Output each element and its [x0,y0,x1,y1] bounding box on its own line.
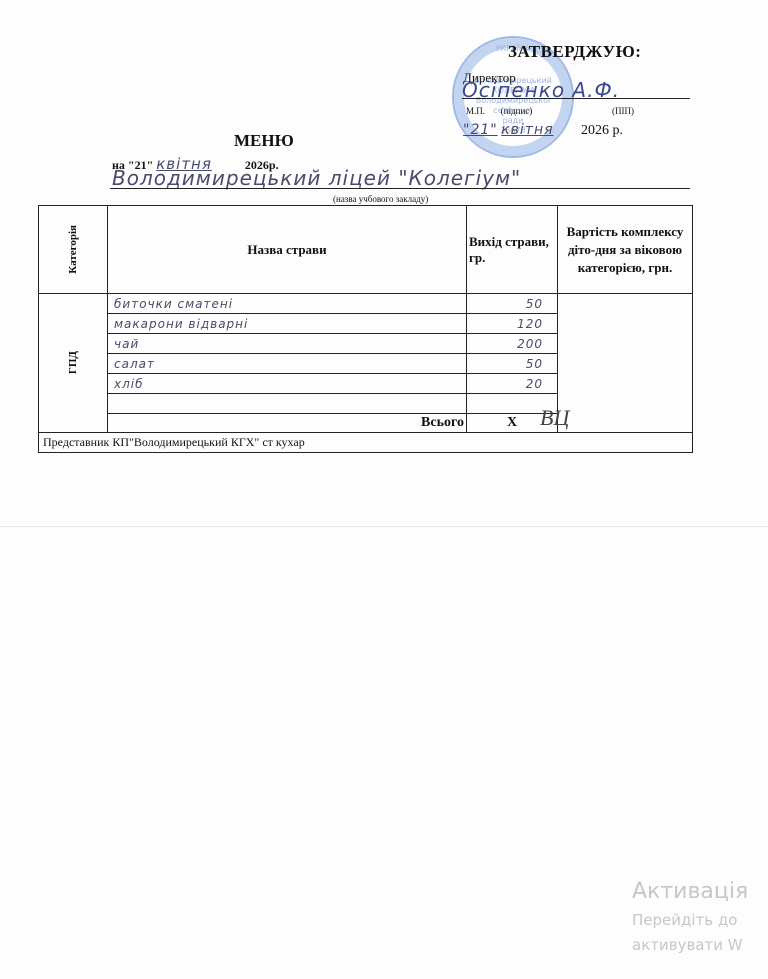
yield-cell: 20 [467,374,558,394]
dish-cell: салат [108,354,467,374]
category-cell: ГПД [39,294,108,433]
approval-month: квітня [501,122,577,138]
school-name: Володимирецький ліцей "Колегіум" [112,166,521,190]
dish-cell: макарони відварні [108,314,467,334]
activation-watermark-line: Перейдіть до [632,911,737,929]
approval-day: "21" [463,122,498,138]
approval-year-suffix: р. [613,123,624,138]
yield-cell: 50 [467,354,558,374]
header-category: Категорія [39,206,108,294]
header-cost: Вартість комплексу діто-дня за віковою к… [558,206,693,294]
header-dish-name: Назва страви [108,206,467,294]
page-fold-line [0,526,768,527]
table-header-row: Категорія Назва страви Вихід страви, гр.… [39,206,693,294]
dish-cell [108,394,467,414]
table-row: ГПД биточки сматені 50 [39,294,693,314]
menu-title: МЕНЮ [234,131,294,151]
mp-text: М.П. [466,106,485,116]
signature-line [462,98,690,99]
sign-caption: (підпис) [501,106,533,116]
activation-watermark-title: Активація [632,879,748,904]
header-category-text: Категорія [67,225,79,274]
cost-cell [558,294,693,433]
dish-cell: чай [108,334,467,354]
header-yield: Вихід страви, гр. [467,206,558,294]
dish-cell: биточки сматені [108,294,467,314]
approval-year: 2026 [581,123,609,138]
cook-signature: ВЦ [540,405,569,431]
category-text: ГПД [67,351,79,374]
menu-table: Категорія Назва страви Вихід страви, гр.… [38,205,693,453]
approval-title: ЗАТВЕРДЖУЮ: [508,42,641,62]
school-underline [110,188,690,189]
approval-date: "21" квітня 2026 р. [463,122,623,139]
yield-cell: 200 [467,334,558,354]
mp-label: М.П. (підпис) [466,106,532,116]
activation-watermark-line: активувати W [632,936,743,954]
school-caption: (назва учбового закладу) [333,194,428,204]
yield-cell: 50 [467,294,558,314]
dish-cell: хліб [108,374,467,394]
yield-cell: 120 [467,314,558,334]
total-label: Всього [108,414,467,433]
pip-label: (ПІП) [612,106,634,116]
footer-row: Представник КП"Володимирецький КГХ" ст к… [39,433,693,453]
representative-cell: Представник КП"Володимирецький КГХ" ст к… [39,433,693,453]
